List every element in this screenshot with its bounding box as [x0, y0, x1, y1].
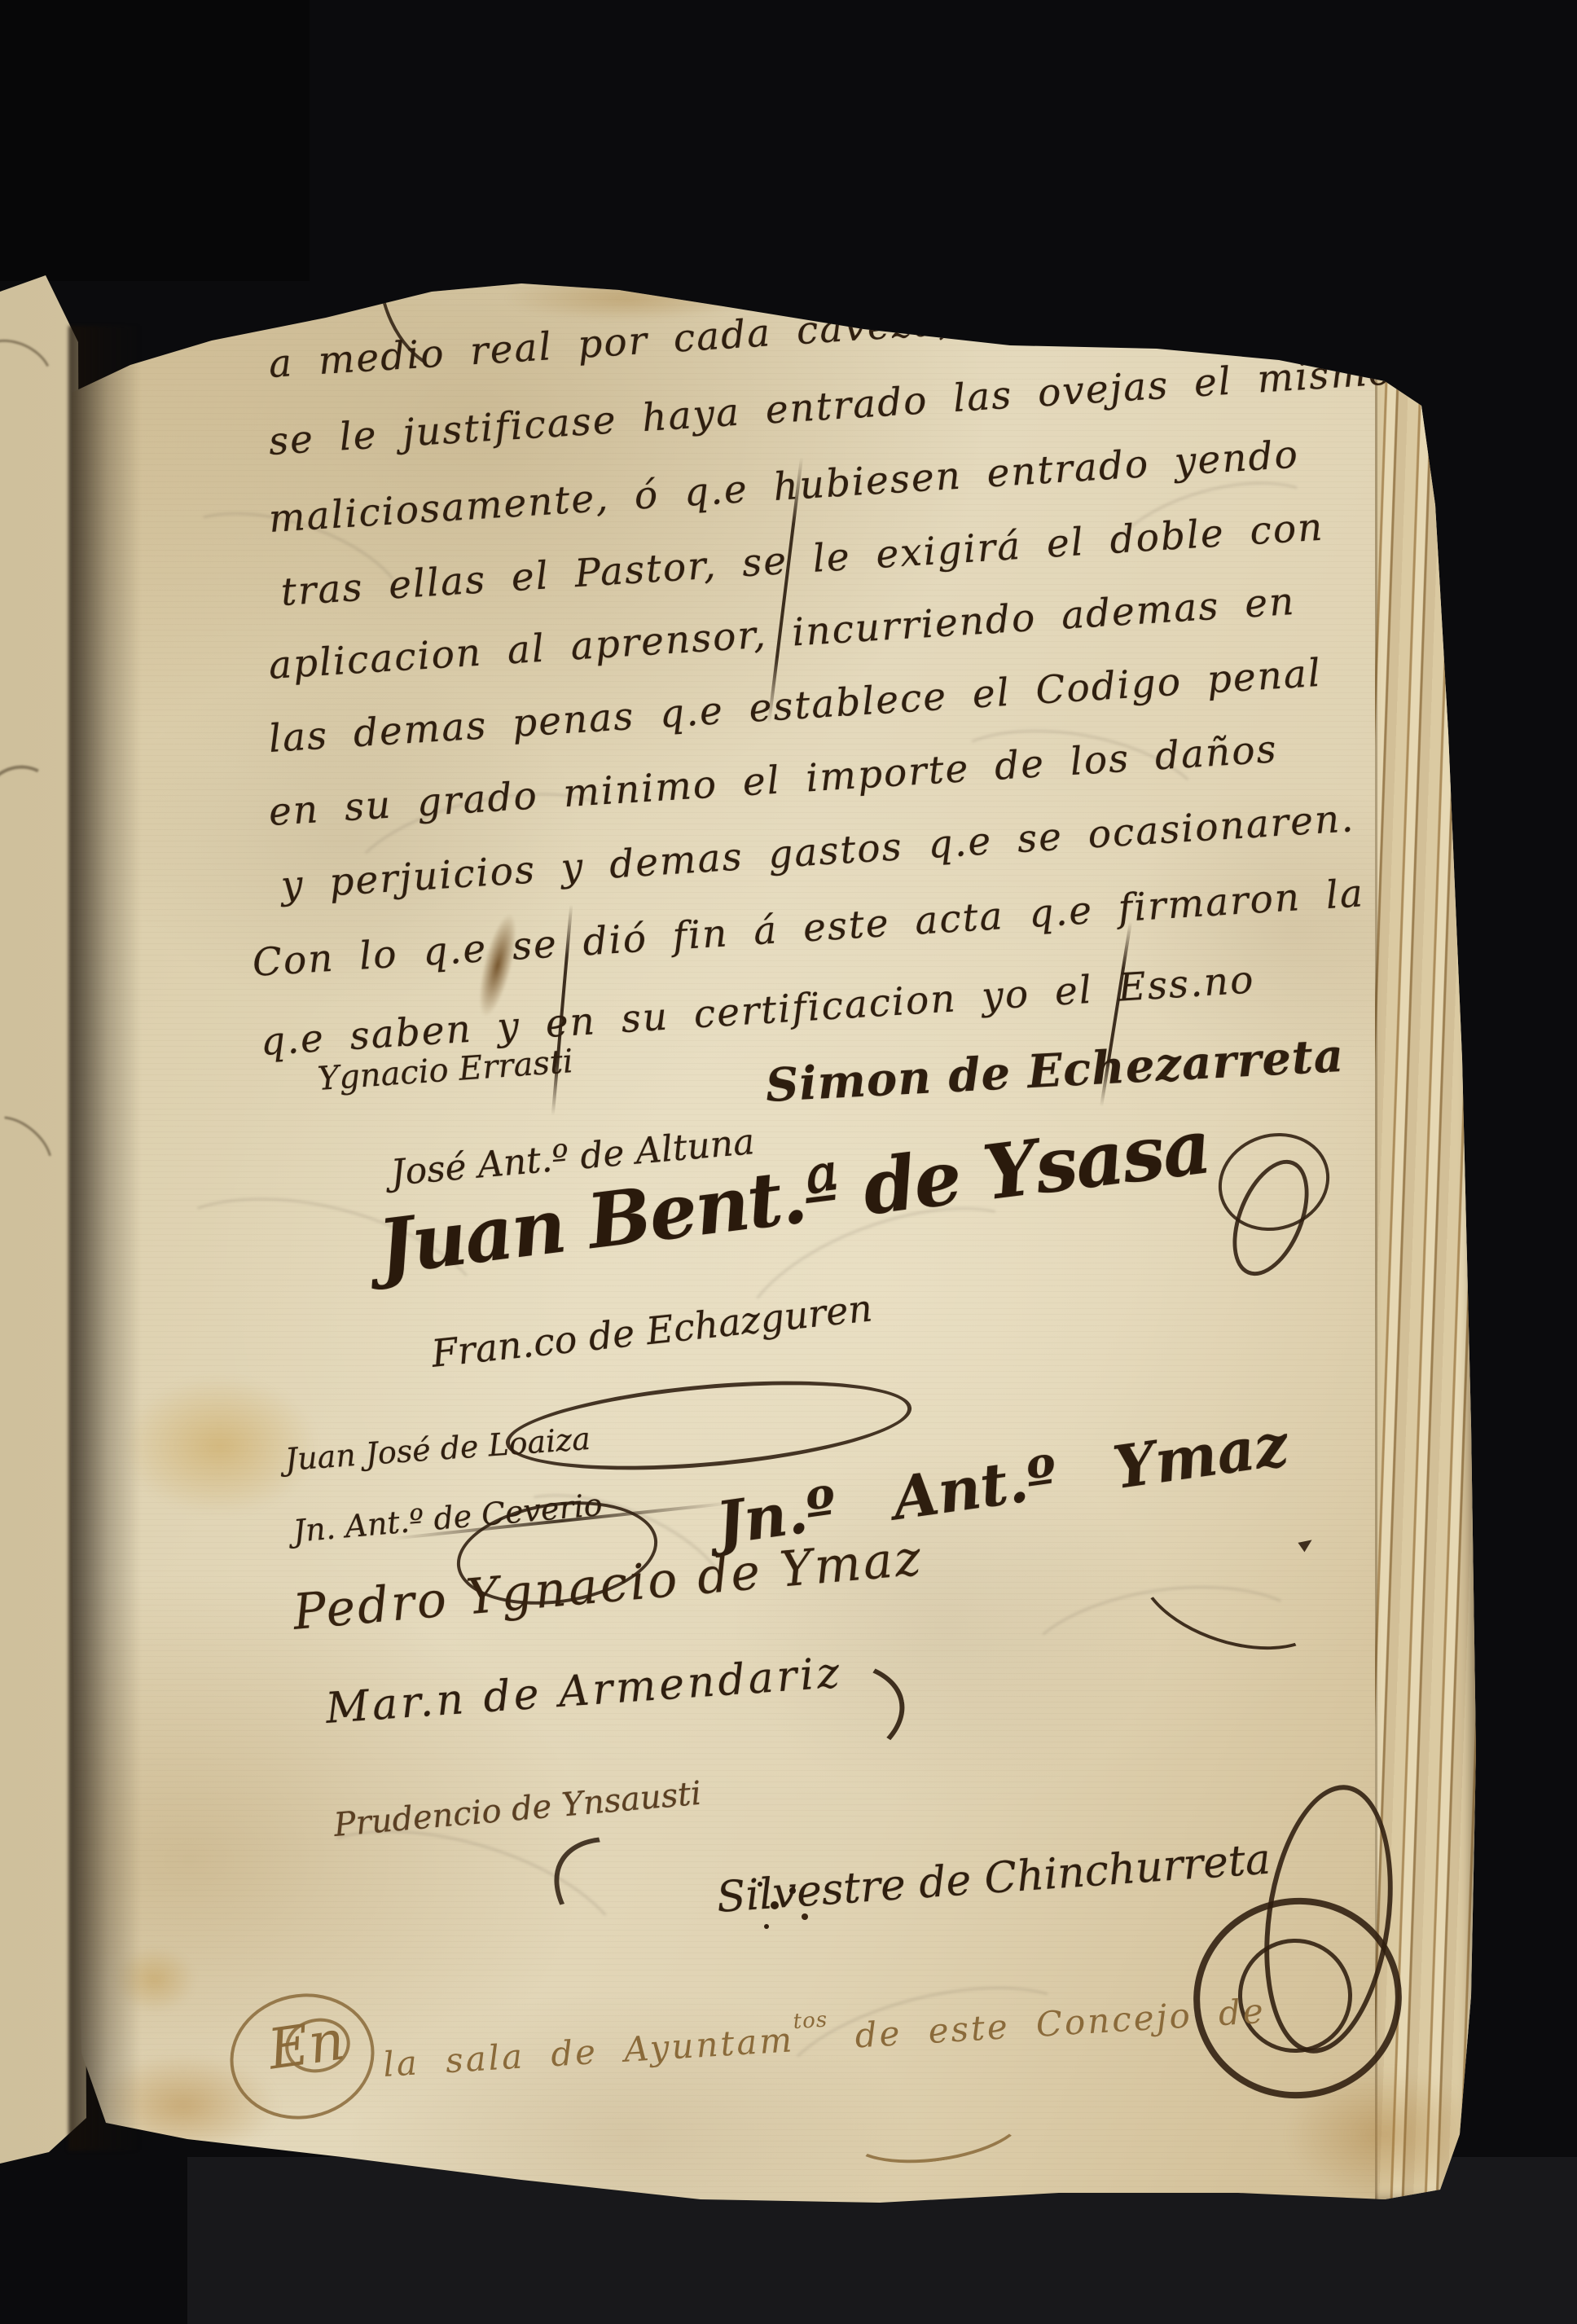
manuscript-scan: 255 mismas Circunstancias, establecidas … — [0, 0, 1577, 2324]
closing-superscript: tos — [793, 2008, 828, 2035]
facing-page-ink-trace — [0, 328, 61, 410]
manuscript-page: 255 mismas Circunstancias, establecidas … — [0, 0, 1577, 2324]
closing-initial: En — [265, 2008, 349, 2082]
folio-number: 255 — [1291, 114, 1356, 156]
binding-gutter-shadow — [68, 326, 140, 2150]
body-line: Capitulos precedentes se le exijirá á su… — [243, 185, 1292, 296]
facing-page-ink-trace — [0, 758, 63, 837]
facing-page-ink-trace — [0, 1105, 64, 1190]
backdrop-fold — [0, 0, 310, 281]
body-line: mismas Circunstancias, establecidas en l… — [292, 95, 1343, 206]
